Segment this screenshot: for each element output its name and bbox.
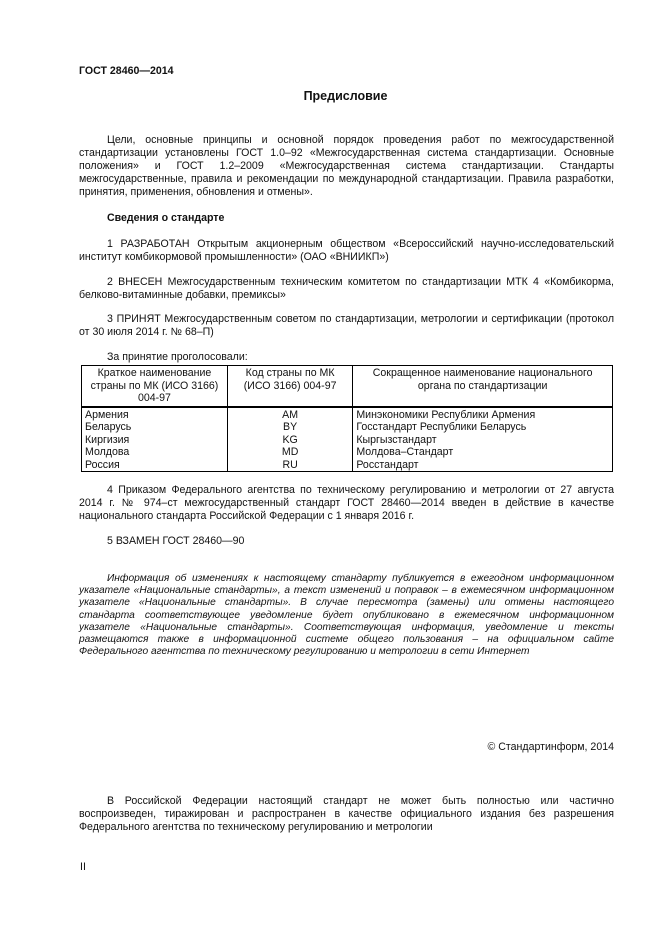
cell-country: Молдова xyxy=(82,446,228,459)
reproduction-text: В Российской Федерации настоящий стандар… xyxy=(79,795,614,833)
item-replaces: 5 ВЗАМЕН ГОСТ 28460—90 xyxy=(79,535,614,548)
column-header-body: Сокращенное наименование национального о… xyxy=(353,366,613,407)
table-row: Армения AM Минэкономики Республики Армен… xyxy=(82,407,613,422)
table-header-row: Краткое наименование страны по МК (ИСО 3… xyxy=(82,366,613,407)
cell-country: Россия xyxy=(82,459,228,472)
item-2-text: 2 ВНЕСЕН Межгосударственным техническим … xyxy=(79,276,614,301)
document-code: ГОСТ 28460—2014 xyxy=(79,65,174,78)
intro-paragraph: Цели, основные принципы и основной поряд… xyxy=(79,134,614,199)
reproduction-notice: В Российской Федерации настоящий стандар… xyxy=(79,795,614,834)
cell-country: Беларусь xyxy=(82,421,228,434)
item-adopted: 3 ПРИНЯТ Межгосударственным советом по с… xyxy=(79,313,614,339)
cell-code: AM xyxy=(227,407,352,422)
page-title: Предисловие xyxy=(0,90,661,103)
cell-body: Кыргызстандарт xyxy=(353,434,613,447)
item-developed: 1 РАЗРАБОТАН Открытым акционерным общест… xyxy=(79,238,614,264)
cell-code: KG xyxy=(227,434,352,447)
item-enacted: 4 Приказом Федерального агентства по тех… xyxy=(79,484,614,523)
page-number: II xyxy=(80,861,86,874)
section-heading: Сведения о стандарте xyxy=(79,212,614,225)
notice-text: Информация об изменениях к настоящему ст… xyxy=(79,573,614,657)
table-row: Россия RU Росстандарт xyxy=(82,459,613,472)
intro-text: Цели, основные принципы и основной поряд… xyxy=(79,134,614,198)
voting-countries-table: Краткое наименование страны по МК (ИСО 3… xyxy=(81,365,613,472)
item-5-text: 5 ВЗАМЕН ГОСТ 28460—90 xyxy=(107,535,244,547)
cell-country: Армения xyxy=(82,407,228,422)
item-introduced: 2 ВНЕСЕН Межгосударственным техническим … xyxy=(79,276,614,302)
item-3-text: 3 ПРИНЯТ Межгосударственным советом по с… xyxy=(79,313,614,338)
copyright: © Стандартинформ, 2014 xyxy=(79,741,614,754)
cell-body: Молдова–Стандарт xyxy=(353,446,613,459)
column-header-country: Краткое наименование страны по МК (ИСО 3… xyxy=(82,366,228,407)
cell-body: Минэкономики Республики Армения xyxy=(353,407,613,422)
cell-body: Росстандарт xyxy=(353,459,613,472)
cell-code: BY xyxy=(227,421,352,434)
cell-code: RU xyxy=(227,459,352,472)
table-row: Молдова MD Молдова–Стандарт xyxy=(82,446,613,459)
table-row: Киргизия KG Кыргызстандарт xyxy=(82,434,613,447)
standard-info-heading: Сведения о стандарте xyxy=(107,212,224,224)
cell-body: Госстандарт Республики Беларусь xyxy=(353,421,613,434)
changes-notice: Информация об изменениях к настоящему ст… xyxy=(79,573,614,658)
voted-label: За принятие проголосовали: xyxy=(79,351,614,364)
voted-label-text: За принятие проголосовали: xyxy=(107,351,248,363)
cell-code: MD xyxy=(227,446,352,459)
item-4-text: 4 Приказом Федерального агентства по тех… xyxy=(79,484,614,522)
item-1-text: 1 РАЗРАБОТАН Открытым акционерным общест… xyxy=(79,238,614,263)
table-row: Беларусь BY Госстандарт Республики Белар… xyxy=(82,421,613,434)
cell-country: Киргизия xyxy=(82,434,228,447)
column-header-code: Код страны по МК (ИСО 3166) 004-97 xyxy=(227,366,352,407)
